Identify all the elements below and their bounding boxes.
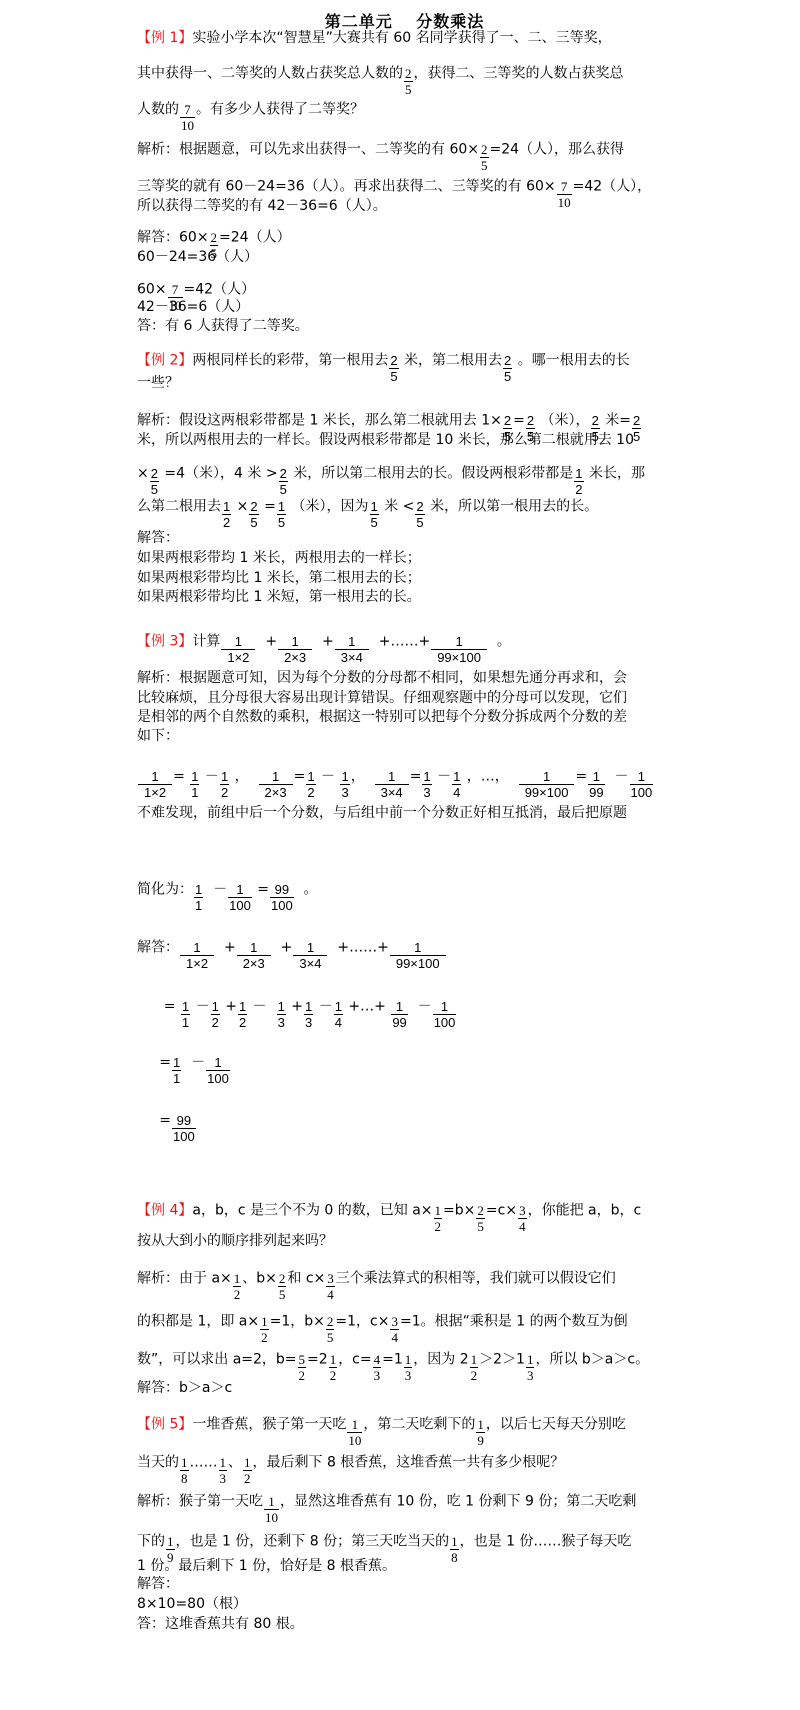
fraction-denominator: 1×2 <box>221 649 255 665</box>
text-segment: =24（人） <box>219 230 291 246</box>
fraction: 199×100 <box>390 940 446 971</box>
fraction-numerator: 7 <box>557 179 572 194</box>
fraction-denominator: 2 <box>260 1329 269 1345</box>
text-segment: =b× <box>443 1203 475 1219</box>
fraction-numerator: 1 <box>335 634 369 649</box>
text-segment: （米）， <box>536 413 589 429</box>
text-segment: 计算 <box>192 634 220 650</box>
fraction: 710 <box>180 102 195 133</box>
text-segment: ，也是 1 份……猴子每天吃 <box>460 1534 632 1550</box>
text-line: 三等奖的就有 60－24=36（人）。再求出获得二、三等奖的有 60×710=4… <box>137 171 651 189</box>
text-segment: 数”，可以求出 a=2，b= <box>137 1352 297 1368</box>
fraction-denominator: 5 <box>249 514 258 530</box>
fraction-numerator: 2 <box>476 1203 485 1218</box>
fraction: 34 <box>518 1203 527 1234</box>
text-segment: =1 <box>382 1352 403 1368</box>
fraction-numerator: 1 <box>264 1494 279 1509</box>
fraction-numerator: 1 <box>476 1417 485 1432</box>
text-segment: + <box>313 634 334 650</box>
text-line: 【例 3】计算11×2 +12×3 +13×4 +……+199×100 。 <box>137 626 511 644</box>
text-segment: × <box>137 466 149 482</box>
text-line: 答：有 6 人获得了二等奖。 <box>137 317 309 335</box>
fraction: 14 <box>334 999 343 1030</box>
fraction: 12×3 <box>278 634 312 665</box>
fraction-denominator: 2 <box>222 514 231 530</box>
text-segment: 当天的 <box>137 1455 179 1471</box>
fraction-denominator: 1 <box>181 1014 190 1030</box>
fraction-numerator: 1 <box>181 999 190 1014</box>
text-segment: =2 <box>307 1352 328 1368</box>
text-segment: 60－24=36（人） <box>137 249 258 265</box>
text-segment: ，也是 1 份，还剩下 8 份；第三天吃当天的 <box>176 1534 450 1550</box>
text-line: 米，所以两根用去的一样长。假设两根彩带都是 10 米长，那么第二根就用去 10 <box>137 431 634 449</box>
fraction: 12 <box>243 1455 252 1486</box>
text-line: 当天的18……13、12，最后剩下 8 根香蕉，这堆香蕉一共有多少根呢？ <box>137 1447 564 1465</box>
fraction-denominator: 3×4 <box>335 649 369 665</box>
text-line: 解答：b＞a＞c <box>137 1379 232 1397</box>
text-segment: 不难发现，前组中后一个分数，与后组中前一个分数正好相互抵消，最后把原题 <box>137 805 627 821</box>
text-line: 简化为：11 －1100 =99100 。 <box>137 874 318 892</box>
fraction: 34 <box>390 1314 399 1345</box>
text-segment: 。哪一根用去的长 <box>513 353 629 369</box>
fraction-denominator: 2 <box>233 1286 242 1302</box>
text-segment: a，b，c 是三个不为 0 的数，已知 a× <box>192 1203 432 1219</box>
fraction-denominator: 3×4 <box>293 955 327 971</box>
fraction-numerator: 1 <box>190 769 199 784</box>
text-line: 比较麻烦，且分母很大容易出现计算错误。仔细观察题中的分母可以发现，它们 <box>137 689 627 707</box>
text-segment: =4（米），4 米 > <box>160 466 278 482</box>
fraction-denominator: 100 <box>228 897 252 913</box>
text-line: 解答：60×25=24（人） <box>137 222 291 240</box>
text-segment: 米 < <box>380 499 415 515</box>
text-segment: ，…， <box>462 769 517 785</box>
fraction: 1100 <box>630 769 654 800</box>
text-segment: 1 份。最后剩下 1 份，恰好是 8 根香蕉。 <box>137 1558 396 1574</box>
text-segment: × <box>232 499 248 515</box>
text-segment: 么第二根用去 <box>137 499 221 515</box>
fraction-numerator: 1 <box>334 999 343 1014</box>
fraction-denominator: 1×2 <box>138 784 172 800</box>
text-segment: = <box>137 999 180 1015</box>
fraction-numerator: 1 <box>390 940 446 955</box>
fraction: 11×2 <box>221 634 255 665</box>
fraction-denominator: 2 <box>243 1470 252 1486</box>
fraction-numerator: 1 <box>340 769 349 784</box>
fraction-numerator: 1 <box>306 769 315 784</box>
fraction-numerator: 3 <box>326 1271 335 1286</box>
fraction-numerator: 1 <box>138 769 172 784</box>
fraction-denominator: 100 <box>433 1014 457 1030</box>
fraction-numerator: 1 <box>243 1455 252 1470</box>
fraction: 52 <box>298 1352 307 1383</box>
text-segment: ，你能把 a，b，c <box>528 1203 642 1219</box>
text-segment: ，第二天吃剩下的 <box>363 1417 475 1433</box>
fraction-denominator: 2×3 <box>237 955 271 971</box>
fraction: 12 <box>260 1314 269 1345</box>
fraction-denominator: 2 <box>329 1367 338 1383</box>
fraction-numerator: 2 <box>150 466 159 481</box>
text-line: 下的19，也是 1 份，还剩下 8 份；第三天吃当天的18，也是 1 份……猴子… <box>137 1526 631 1544</box>
text-segment: = <box>253 882 269 898</box>
text-line: 解析：根据题意可知，因为每个分数的分母都不相同，如果想先通分再求和，会 <box>137 669 627 687</box>
fraction-denominator: 2 <box>238 1014 247 1030</box>
text-segment: 简化为： <box>137 882 193 898</box>
text-segment: － <box>200 769 218 785</box>
fraction-denominator: 2 <box>220 784 229 800</box>
text-line: 其中获得一、二等奖的人数占获奖总人数的25，获得二、三等奖的人数占获奖总 <box>137 58 624 76</box>
fraction: 11 <box>181 999 190 1030</box>
text-line: 如果两根彩带均比 1 米长，第二根用去的长； <box>137 569 421 587</box>
text-segment: = <box>575 769 587 785</box>
text-line: =11 －1100 <box>137 1047 231 1065</box>
text-line: 一些？ <box>137 374 179 392</box>
fraction: 13 <box>404 1352 413 1383</box>
fraction-denominator: 5 <box>476 1218 485 1234</box>
text-line: 的积都是 1，即 a×12=1，b×25=1，c×34=1。根据“乘积是 1 的… <box>137 1306 628 1324</box>
text-segment: = <box>173 769 189 785</box>
fraction: 199×100 <box>519 769 575 800</box>
text-segment: + <box>256 634 277 650</box>
text-line: 60×710=42（人） <box>137 274 255 292</box>
fraction-denominator: 99×100 <box>431 649 487 665</box>
fraction: 18 <box>180 1455 189 1486</box>
fraction-numerator: 1 <box>221 634 255 649</box>
fraction-denominator: 3×4 <box>375 784 409 800</box>
text-segment: + <box>272 940 293 956</box>
text-segment: =1，c× <box>335 1314 389 1330</box>
text-segment: 三等奖的就有 60－24=36（人）。再求出获得二、三等奖的有 60× <box>137 179 556 195</box>
fraction: 25 <box>389 353 398 384</box>
text-segment: 按从大到小的顺序排列起来吗？ <box>137 1233 333 1249</box>
fraction: 199 <box>391 999 407 1030</box>
text-segment: =42（人） <box>184 282 256 298</box>
text-segment: = <box>294 769 306 785</box>
text-segment: ，显然这堆香蕉有 10 份，吃 1 份剩下 9 份；第二天吃剩 <box>280 1494 636 1510</box>
fraction: 199 <box>588 769 604 800</box>
fraction: 13×4 <box>335 634 369 665</box>
text-segment: = <box>260 499 276 515</box>
text-segment: 和 c× <box>287 1271 325 1287</box>
fraction-numerator: 1 <box>194 882 203 897</box>
text-segment: － <box>433 769 451 785</box>
fraction: 12 <box>220 769 229 800</box>
fraction-numerator: 2 <box>404 66 413 81</box>
fraction-denominator: 2 <box>306 784 315 800</box>
fraction: 13 <box>304 999 313 1030</box>
fraction: 110 <box>264 1494 279 1525</box>
fraction-numerator: 1 <box>233 1271 242 1286</box>
fraction: 99100 <box>172 1113 196 1144</box>
fraction-numerator: 1 <box>222 499 231 514</box>
text-segment: 是相邻的两个自然数的乘积，根据这一特别可以把每个分数分拆成两个分数的差 <box>137 709 627 725</box>
fraction: 12 <box>434 1203 443 1234</box>
text-segment: 一堆香蕉，猴子第一天吃 <box>192 1417 346 1433</box>
fraction-numerator: 1 <box>260 1314 269 1329</box>
text-line: 不难发现，前组中后一个分数，与后组中前一个分数正好相互抵消，最后把原题 <box>137 804 627 822</box>
fraction-numerator: 2 <box>249 499 258 514</box>
fraction-denominator: 5 <box>404 81 413 97</box>
text-segment: ， <box>230 769 257 785</box>
text-segment: =1，b× <box>270 1314 325 1330</box>
fraction-denominator: 4 <box>452 784 461 800</box>
fraction-denominator: 5 <box>389 368 398 384</box>
fraction: 12 <box>238 999 247 1030</box>
fraction-numerator: 1 <box>470 1352 479 1367</box>
text-line: 60－24=36（人） <box>137 248 258 266</box>
fraction-numerator: 1 <box>452 769 461 784</box>
fraction-denominator: 2 <box>298 1367 307 1383</box>
text-segment: 解答： <box>137 530 179 546</box>
text-segment: =42（人）， <box>573 179 652 195</box>
fraction: 12 <box>470 1352 479 1383</box>
text-line: 42－36=6（人） <box>137 298 249 316</box>
fraction-denominator: 2 <box>470 1367 479 1383</box>
fraction-numerator: 1 <box>329 1352 338 1367</box>
text-segment: （米），因为 <box>287 499 368 515</box>
fraction-denominator: 5 <box>415 514 424 530</box>
fraction: 12 <box>222 499 231 530</box>
fraction-numerator: 2 <box>526 413 535 428</box>
fraction-numerator: 1 <box>434 1203 443 1218</box>
fraction: 25 <box>278 1271 287 1302</box>
text-segment: ， <box>351 769 374 785</box>
text-segment: +……+ <box>370 634 430 650</box>
text-segment: 解析：由于 a× <box>137 1271 232 1287</box>
text-line: 【例 1】实验小学本次“智慧星”大赛共有 60 名同学获得了一、二、三等奖， <box>137 29 612 47</box>
fraction-numerator: 1 <box>630 769 654 784</box>
fraction-denominator: 100 <box>172 1128 196 1144</box>
fraction: 11 <box>190 769 199 800</box>
text-segment: = <box>513 413 525 429</box>
text-line: =99100 <box>137 1105 197 1123</box>
fraction: 12 <box>233 1271 242 1302</box>
text-segment: 解答：b＞a＞c <box>137 1380 232 1396</box>
text-line: 数”，可以求出 a=2，b=52=212，c=43=113，因为 212＞2＞1… <box>137 1344 649 1362</box>
text-segment: 其中获得一、二等奖的人数占获奖总人数的 <box>137 66 403 82</box>
fraction-denominator: 4 <box>334 1014 343 1030</box>
fraction-denominator: 1×2 <box>180 955 214 971</box>
fraction-numerator: 1 <box>519 769 575 784</box>
text-segment: + <box>221 999 237 1015</box>
fraction-denominator: 100 <box>206 1070 230 1086</box>
fraction-numerator: 4 <box>373 1352 382 1367</box>
fraction: 13 <box>340 769 349 800</box>
fraction: 13×4 <box>375 769 409 800</box>
text-segment: 两根同样长的彩带，第一根用去 <box>192 353 388 369</box>
text-segment: 答：有 6 人获得了二等奖。 <box>137 318 309 334</box>
fraction: 14 <box>452 769 461 800</box>
fraction-denominator: 3 <box>526 1367 535 1383</box>
fraction: 19 <box>476 1417 485 1448</box>
fraction-denominator: 2 <box>434 1218 443 1234</box>
fraction-numerator: 1 <box>404 1352 413 1367</box>
fraction-denominator: 5 <box>503 368 512 384</box>
fraction: 25 <box>503 353 512 384</box>
fraction-numerator: 99 <box>172 1113 196 1128</box>
fraction-denominator: 3 <box>422 784 431 800</box>
fraction: 12 <box>329 1352 338 1383</box>
text-segment: 8×10=80（根） <box>137 1596 247 1612</box>
fraction: 12 <box>211 999 220 1030</box>
fraction: 25 <box>415 499 424 530</box>
fraction-denominator: 5 <box>277 514 286 530</box>
text-line: = 11 －12 +12 － 13 +13 －14 +…+ 199 －1100 <box>137 991 457 1009</box>
text-segment: 下的 <box>137 1534 165 1550</box>
text-segment: ，因为 2 <box>413 1352 468 1368</box>
fraction-denominator: 3 <box>340 784 349 800</box>
fraction-numerator: 1 <box>238 999 247 1014</box>
text-segment: 一些？ <box>137 375 179 391</box>
text-segment: 。 <box>488 634 511 650</box>
fraction: 15 <box>370 499 379 530</box>
fraction-numerator: 7 <box>168 282 183 297</box>
text-segment: － <box>606 769 629 785</box>
fraction-denominator: 3 <box>219 1470 228 1486</box>
fraction: 11 <box>194 882 203 913</box>
fraction: 1100 <box>206 1055 230 1086</box>
text-segment: － <box>182 1055 205 1071</box>
text-segment: 解析：根据题意，可以先求出获得一、二等奖的有 60× <box>137 142 479 158</box>
text-segment: = <box>137 1113 171 1129</box>
fraction-numerator: 2 <box>415 499 424 514</box>
fraction-denominator: 10 <box>557 194 572 210</box>
fraction-numerator: 2 <box>503 353 512 368</box>
fraction-denominator: 3 <box>304 1014 313 1030</box>
fraction: 99100 <box>270 882 294 913</box>
fraction: 43 <box>373 1352 382 1383</box>
text-segment: 。 <box>295 882 318 898</box>
fraction-numerator: 1 <box>433 999 457 1014</box>
text-segment: 解析：假设这两根彩带都是 1 米长，那么第二根就用去 1× <box>137 413 502 429</box>
fraction-numerator: 2 <box>278 1271 287 1286</box>
fraction: 12 <box>306 769 315 800</box>
text-segment: － <box>248 999 275 1015</box>
example-label: 【例 4】 <box>137 1203 192 1219</box>
fraction: 18 <box>450 1534 459 1565</box>
fraction-numerator: 1 <box>526 1352 535 1367</box>
text-segment: 的积都是 1，即 a× <box>137 1314 259 1330</box>
text-line: 人数的710。有多少人获得了二等奖？ <box>137 94 364 112</box>
text-segment: 。有多少人获得了二等奖？ <box>196 102 364 118</box>
text-segment: 米= <box>601 413 631 429</box>
fraction-numerator: 2 <box>279 466 288 481</box>
fraction-denominator: 10 <box>264 1509 279 1525</box>
fraction: 25 <box>476 1203 485 1234</box>
text-line: 11×2= 11 －12 ， 12×3=12 － 13， 13×4=13 －14… <box>137 761 654 779</box>
text-segment: ＞2＞1 <box>479 1352 525 1368</box>
text-segment: 所以获得二等奖的有 42－36=6（人）。 <box>137 198 387 214</box>
example-label: 【例 5】 <box>137 1417 192 1433</box>
fraction: 13 <box>422 769 431 800</box>
text-line: 解析：猴子第一天吃110，显然这堆香蕉有 10 份，吃 1 份剩下 9 份；第二… <box>137 1486 636 1504</box>
fraction: 13×4 <box>293 940 327 971</box>
text-line: 按从大到小的顺序排列起来吗？ <box>137 1232 333 1250</box>
text-line: 如下： <box>137 727 179 745</box>
text-line: 【例 5】一堆香蕉，猴子第一天吃110，第二天吃剩下的19，以后七天每天分别吃 <box>137 1409 626 1427</box>
text-segment: － <box>409 999 432 1015</box>
text-line: 答：这堆香蕉共有 80 根。 <box>137 1615 304 1633</box>
fraction-numerator: 1 <box>237 940 271 955</box>
fraction-numerator: 1 <box>347 1417 362 1432</box>
fraction: 710 <box>557 179 572 210</box>
fraction: 25 <box>480 142 489 173</box>
text-line: 么第二根用去12 ×25 =15 （米），因为15 米 <25 米，所以第一根用… <box>137 491 598 509</box>
fraction: 1100 <box>433 999 457 1030</box>
fraction-numerator: 1 <box>431 634 487 649</box>
text-line: ×25 =4（米），4 米 >25 米，所以第二根用去的长。假设两根彩带都是12… <box>137 458 645 476</box>
text-segment: +……+ <box>328 940 388 956</box>
fraction-numerator: 2 <box>210 230 219 245</box>
fraction-numerator: 1 <box>391 999 407 1014</box>
fraction-denominator: 8 <box>450 1549 459 1565</box>
fraction: 13 <box>277 999 286 1030</box>
fraction-denominator: 5 <box>370 514 379 530</box>
text-line: 解析：根据题意，可以先求出获得一、二等奖的有 60×25=24（人），那么获得 <box>137 134 624 152</box>
text-line: 如果两根彩带均 1 米长，两根用去的一样长； <box>137 549 421 567</box>
fraction: 11 <box>172 1055 181 1086</box>
example-label: 【例 2】 <box>137 353 192 369</box>
text-line: 所以获得二等奖的有 42－36=6（人）。 <box>137 197 387 215</box>
text-line: 8×10=80（根） <box>137 1595 247 1613</box>
text-segment: ，最后剩下 8 根香蕉，这堆香蕉一共有多少根呢？ <box>253 1455 565 1471</box>
text-segment: …… <box>190 1455 218 1471</box>
text-segment: = <box>410 769 422 785</box>
fraction-numerator: 1 <box>219 1455 228 1470</box>
text-segment: 60× <box>137 282 167 298</box>
text-segment: 答：这堆香蕉共有 80 根。 <box>137 1616 304 1632</box>
fraction-denominator: 99 <box>588 784 604 800</box>
fraction: 25 <box>404 66 413 97</box>
fraction-denominator: 5 <box>326 1329 335 1345</box>
text-segment: ，获得二、三等奖的人数占获奖总 <box>414 66 624 82</box>
fraction-numerator: 1 <box>277 499 286 514</box>
fraction: 13 <box>219 1455 228 1486</box>
text-segment: 解析：根据题意可知，因为每个分数的分母都不相同，如果想先通分再求和，会 <box>137 670 627 686</box>
text-line: 【例 4】a，b，c 是三个不为 0 的数，已知 a×12=b×25=c×34，… <box>137 1195 641 1213</box>
text-line: 解析：假设这两根彩带都是 1 米长，那么第二根就用去 1×25=25 （米），2… <box>137 405 642 423</box>
fraction-denominator: 2×3 <box>278 649 312 665</box>
fraction-numerator: 1 <box>293 940 327 955</box>
fraction-denominator: 10 <box>347 1432 362 1448</box>
example-label: 【例 1】 <box>137 30 192 46</box>
text-line: 是相邻的两个自然数的乘积，根据这一特别可以把每个分数分拆成两个分数的差 <box>137 708 627 726</box>
fraction-denominator: 100 <box>630 784 654 800</box>
text-line: 解答： <box>137 529 179 547</box>
fraction-numerator: 1 <box>588 769 604 784</box>
fraction-denominator: 8 <box>180 1470 189 1486</box>
fraction-denominator: 3 <box>373 1367 382 1383</box>
text-segment: ，c= <box>338 1352 371 1368</box>
text-segment: 解答： <box>137 940 179 956</box>
text-line: 如果两根彩带均比 1 米短，第一根用去的长。 <box>137 588 421 606</box>
fraction-denominator: 2 <box>211 1014 220 1030</box>
fraction-numerator: 1 <box>180 940 214 955</box>
text-line: 【例 2】两根同样长的彩带，第一根用去25 米，第二根用去25 。哪一根用去的长 <box>137 345 630 363</box>
fraction-denominator: 3 <box>277 1014 286 1030</box>
text-segment: 米，所以两根用去的一样长。假设两根彩带都是 10 米长，那么第二根就用去 10 <box>137 432 634 448</box>
text-segment: － <box>317 769 340 785</box>
fraction: 34 <box>326 1271 335 1302</box>
fraction-denominator: 3 <box>404 1367 413 1383</box>
text-segment: 三个乘法算式的积相等，我们就可以假设它们 <box>336 1271 616 1287</box>
text-segment: 解答：60× <box>137 230 209 246</box>
fraction-numerator: 3 <box>390 1314 399 1329</box>
fraction-denominator: 4 <box>390 1329 399 1345</box>
fraction-denominator: 10 <box>180 117 195 133</box>
fraction-denominator: 99×100 <box>390 955 446 971</box>
fraction-numerator: 5 <box>298 1352 307 1367</box>
fraction: 12×3 <box>259 769 293 800</box>
